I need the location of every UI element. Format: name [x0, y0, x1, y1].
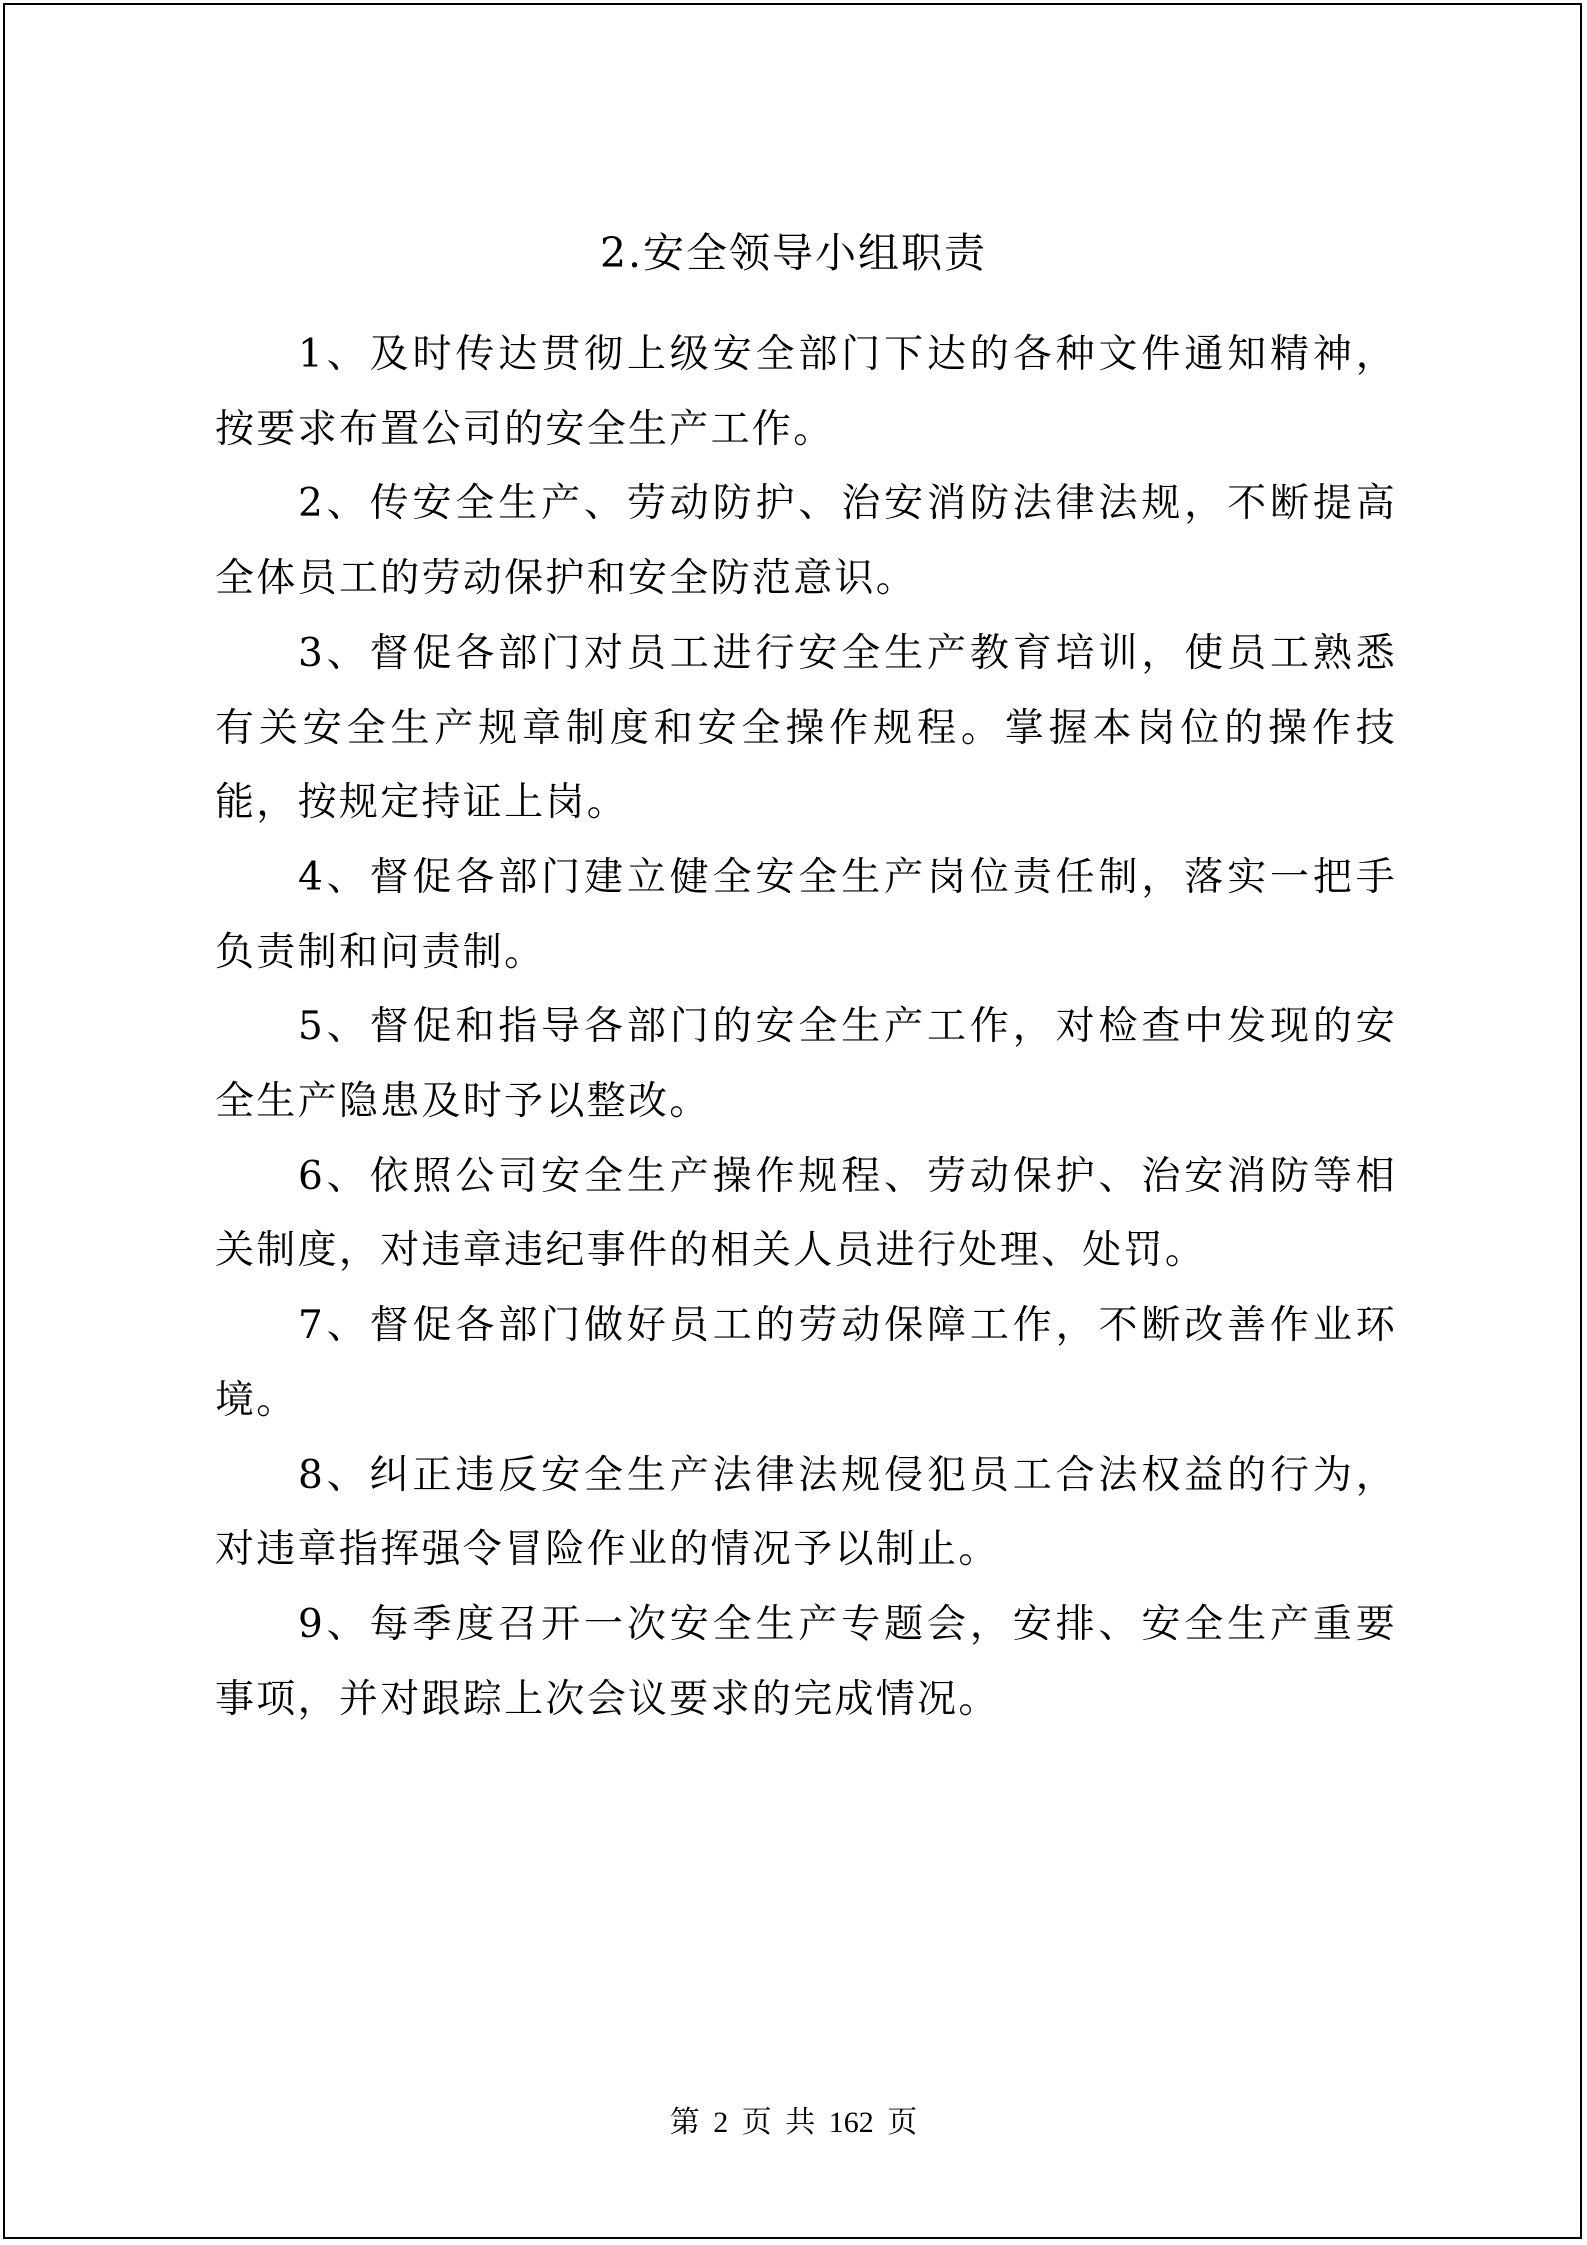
- document-body: 1、及时传达贯彻上级安全部门下达的各种文件通知精神，按要求布置公司的安全生产工作…: [215, 318, 1397, 1737]
- paragraph-2: 2、传安全生产、劳动防护、治安消防法律法规，不断提高全体员工的劳动保护和安全防范…: [215, 467, 1397, 616]
- paragraph-9: 9、每季度召开一次安全生产专题会，安排、安全生产重要事项，并对跟踪上次会议要求的…: [215, 1588, 1397, 1737]
- paragraph-8: 8、纠正违反安全生产法律法规侵犯员工合法权益的行为，对违章指挥强令冒险作业的情况…: [215, 1439, 1397, 1588]
- page-number-footer: 第 2 页 共 162 页: [0, 2103, 1587, 2143]
- paragraph-4: 4、督促各部门建立健全安全生产岗位责任制，落实一把手负责制和问责制。: [215, 841, 1397, 990]
- paragraph-1: 1、及时传达贯彻上级安全部门下达的各种文件通知精神，按要求布置公司的安全生产工作…: [215, 318, 1397, 467]
- section-title: 2.安全领导小组职责: [0, 225, 1587, 281]
- paragraph-6: 6、依照公司安全生产操作规程、劳动保护、治安消防等相关制度，对违章违纪事件的相关…: [215, 1140, 1397, 1289]
- paragraph-5: 5、督促和指导各部门的安全生产工作，对检查中发现的安全生产隐患及时予以整改。: [215, 990, 1397, 1139]
- paragraph-7: 7、督促各部门做好员工的劳动保障工作，不断改善作业环境。: [215, 1289, 1397, 1438]
- paragraph-3: 3、督促各部门对员工进行安全生产教育培训，使员工熟悉有关安全生产规章制度和安全操…: [215, 617, 1397, 841]
